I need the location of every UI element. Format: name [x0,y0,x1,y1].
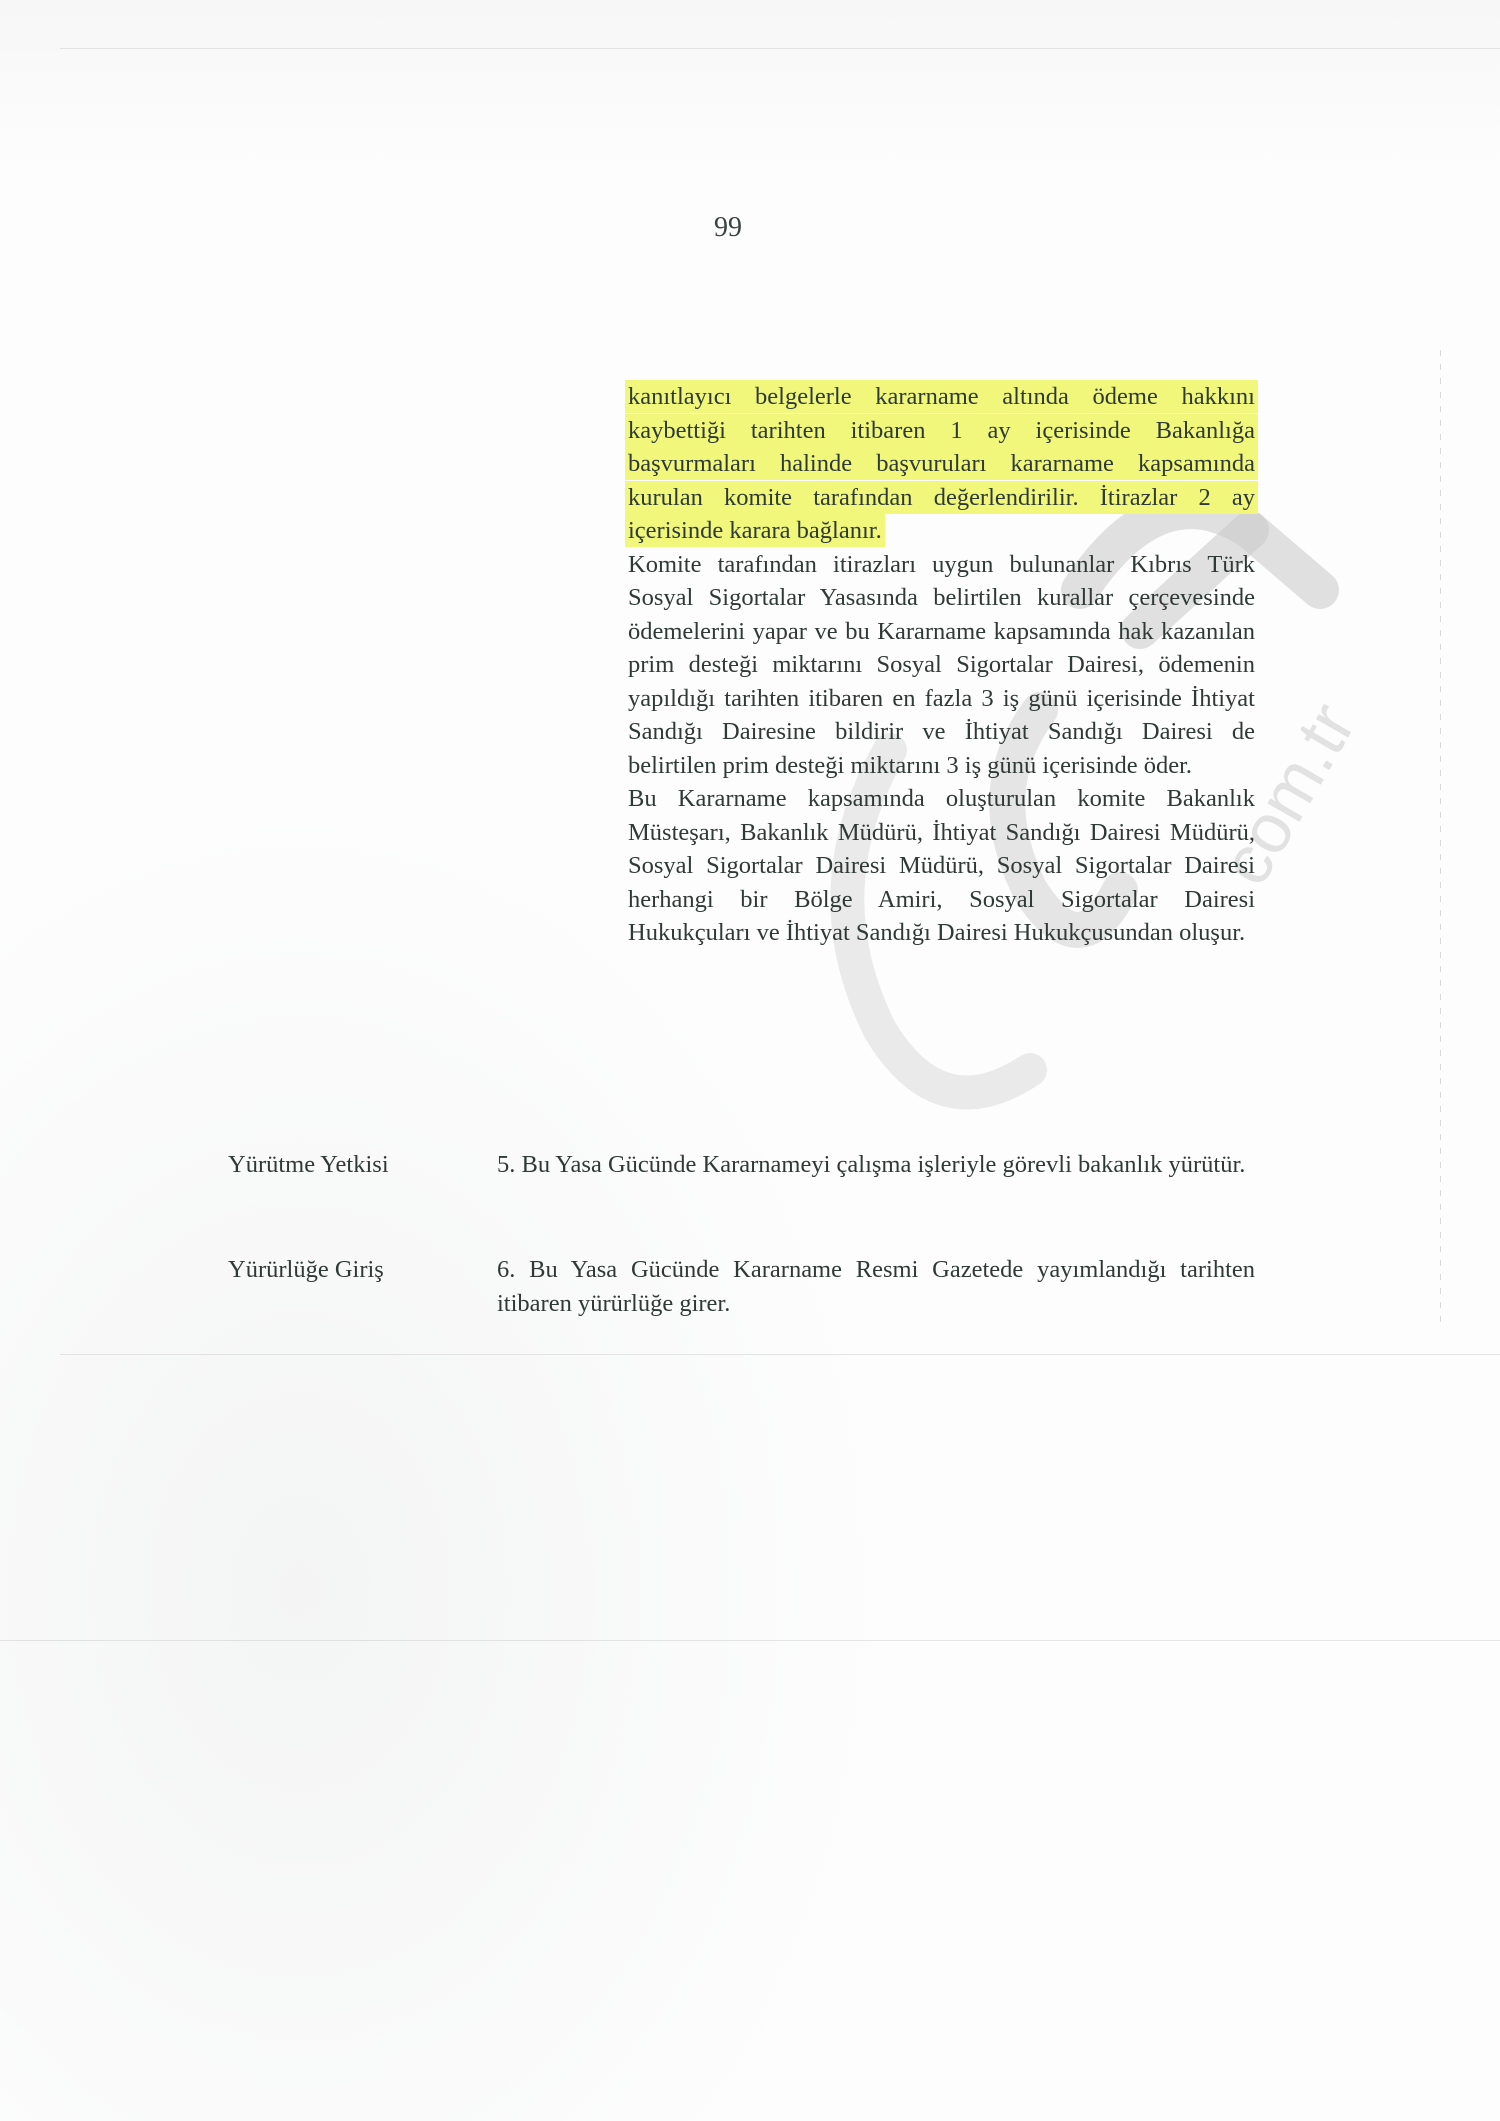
highlighted-paragraph: kanıtlayıcı belgelerle kararname altında… [628,380,1255,548]
highlight-mark: kanıtlayıcı belgelerle kararname altında… [628,383,1255,544]
section-label-entry-into-force: Yürürlüğe Giriş [228,1253,384,1287]
article-body: kanıtlayıcı belgelerle kararname altında… [628,380,1255,950]
paragraph-payment-procedure: Komite tarafından itirazları uygun bulun… [628,548,1255,783]
paragraph-committee-members: Bu Kararname kapsamında oluşturulan komi… [628,782,1255,950]
section-executive-authority: 5. Bu Yasa Gücünde Kararnameyi çalışma i… [497,1148,1255,1182]
scan-background [0,0,1500,2121]
scan-edge-line [60,48,1500,49]
section-label-executive-authority: Yürütme Yetkisi [228,1148,389,1182]
section-entry-into-force: 6. Bu Yasa Gücünde Kararname Resmi Gazet… [497,1253,1255,1320]
scan-fold-line [0,1640,1500,1641]
page-number: 99 [714,212,742,244]
scan-edge-mark [1440,350,1441,1330]
scan-fold-line [60,1354,1500,1355]
